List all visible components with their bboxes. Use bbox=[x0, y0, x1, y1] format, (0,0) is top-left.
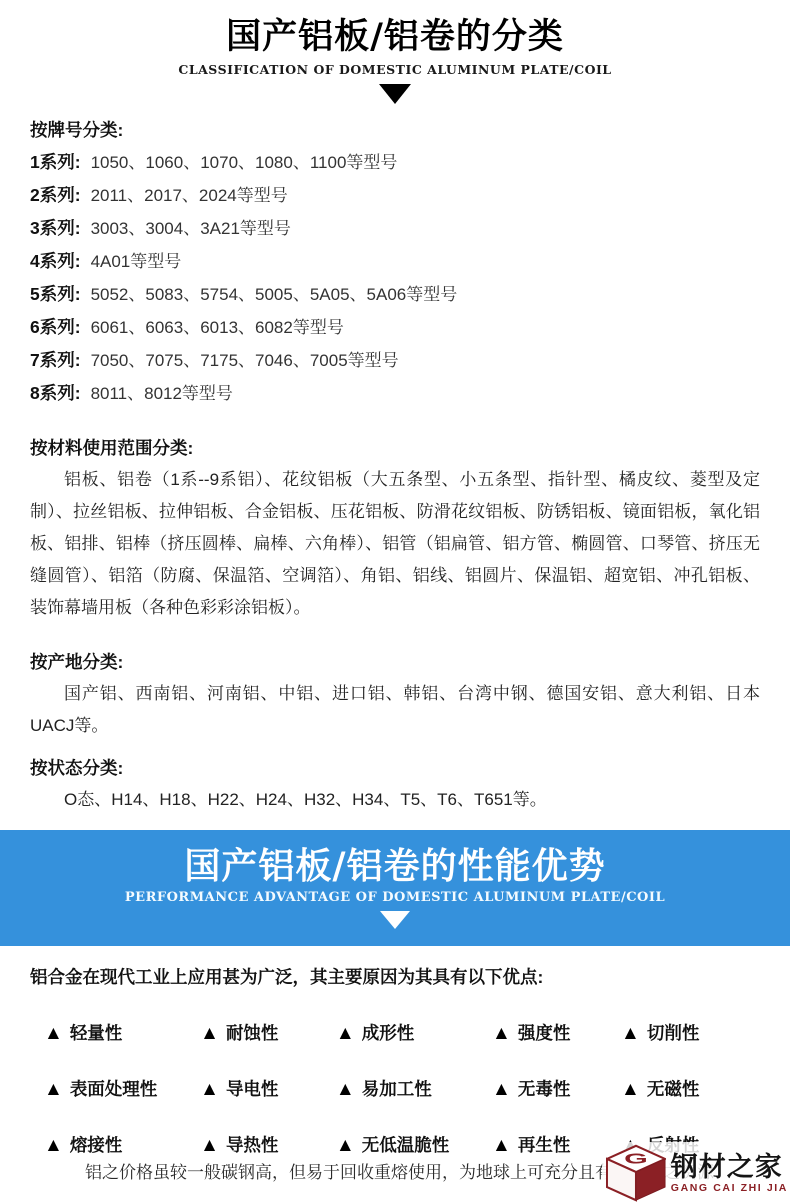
series-value: 8011、8012等型号 bbox=[91, 384, 233, 403]
series-value: 6061、6063、6013、6082等型号 bbox=[91, 318, 344, 337]
series-label: 2系列: bbox=[30, 185, 81, 205]
advantage-item: ▲无磁性 bbox=[621, 1074, 750, 1105]
advantage-label: 强度性 bbox=[518, 1023, 571, 1043]
triangle-bullet-icon: ▲ bbox=[44, 1079, 63, 1100]
triangle-down-icon bbox=[379, 84, 411, 104]
by-origin-paragraph: 国产铝、西南铝、河南铝、中铝、进口铝、韩铝、台湾中钢、德国安铝、意大利铝、日本U… bbox=[30, 678, 760, 742]
series-row-6: 6系列:6061、6063、6013、6082等型号 bbox=[30, 311, 760, 344]
series-row-2: 2系列:2011、2017、2024等型号 bbox=[30, 179, 760, 212]
advantage-label: 表面处理性 bbox=[70, 1079, 158, 1099]
svg-text:G: G bbox=[624, 1150, 648, 1167]
series-value: 5052、5083、5754、5005、5A05、5A06等型号 bbox=[91, 285, 458, 304]
brand-name-cn: 钢材之家 bbox=[671, 1152, 788, 1182]
advantage-item: ▲表面处理性 bbox=[44, 1074, 200, 1105]
series-value: 1050、1060、1070、1080、1100等型号 bbox=[91, 153, 398, 172]
brand-name-en: GANG CAI ZHI JIA bbox=[671, 1182, 788, 1195]
by-material-paragraph: 铝板、铝卷（1系--9系铝）、花纹铝板（大五条型、小五条型、指针型、橘皮纹、菱型… bbox=[30, 464, 760, 624]
triangle-bullet-icon: ▲ bbox=[336, 1079, 355, 1100]
banner-title: 国产铝板/铝卷的性能优势 bbox=[0, 843, 790, 889]
series-label: 7系列: bbox=[30, 350, 81, 370]
advantage-item: ▲成形性 bbox=[336, 1018, 492, 1049]
series-row-5: 5系列:5052、5083、5754、5005、5A05、5A06等型号 bbox=[30, 278, 760, 311]
series-value: 7050、7075、7175、7046、7005等型号 bbox=[91, 351, 399, 370]
series-label: 1系列: bbox=[30, 152, 81, 172]
advantage-item: ▲导电性 bbox=[200, 1074, 336, 1105]
advantage-item: ▲强度性 bbox=[492, 1018, 621, 1049]
advantage-label: 导电性 bbox=[226, 1079, 279, 1099]
series-row-8: 8系列:8011、8012等型号 bbox=[30, 377, 760, 410]
page-subtitle-en: CLASSIFICATION OF DOMESTIC ALUMINUM PLAT… bbox=[0, 62, 790, 77]
triangle-bullet-icon: ▲ bbox=[200, 1079, 219, 1100]
by-temper-heading: 按状态分类: bbox=[30, 752, 760, 784]
series-label: 8系列: bbox=[30, 383, 81, 403]
by-origin-heading: 按产地分类: bbox=[30, 646, 760, 678]
advantages-grid: ▲轻量性 ▲耐蚀性 ▲成形性 ▲强度性 ▲切削性 ▲表面处理性 ▲导电性 ▲易加… bbox=[44, 1018, 750, 1161]
triangle-bullet-icon: ▲ bbox=[44, 1023, 63, 1044]
footer: 铝之价格虽较一般碳钢高，但易于回收重熔使用，为地球上可充分且有效利用之资源 G … bbox=[0, 1142, 790, 1204]
advantage-label: 易加工性 bbox=[362, 1079, 432, 1099]
advantage-label: 切削性 bbox=[647, 1023, 700, 1043]
cube-logo-icon: G bbox=[606, 1144, 666, 1202]
advantage-item: ▲轻量性 bbox=[44, 1018, 200, 1049]
series-value: 2011、2017、2024等型号 bbox=[91, 186, 288, 205]
triangle-bullet-icon: ▲ bbox=[336, 1023, 355, 1044]
series-label: 5系列: bbox=[30, 284, 81, 304]
series-label: 3系列: bbox=[30, 218, 81, 238]
triangle-bullet-icon: ▲ bbox=[621, 1079, 640, 1100]
series-value: 4A01等型号 bbox=[91, 252, 182, 271]
series-row-1: 1系列:1050、1060、1070、1080、1100等型号 bbox=[30, 146, 760, 179]
advantage-item: ▲易加工性 bbox=[336, 1074, 492, 1105]
by-temper-paragraph: O态、H14、H18、H22、H24、H32、H34、T5、T6、T651等。 bbox=[30, 784, 760, 816]
advantages-intro: 铝合金在现代工业上应用甚为广泛，其主要原因为其具有以下优点: bbox=[0, 962, 790, 992]
series-row-3: 3系列:3003、3004、3A21等型号 bbox=[30, 212, 760, 245]
page-title: 国产铝板/铝卷的分类 bbox=[0, 14, 790, 60]
triangle-bullet-icon: ▲ bbox=[492, 1023, 511, 1044]
advantage-item: ▲切削性 bbox=[621, 1018, 750, 1049]
advantage-label: 无磁性 bbox=[647, 1079, 700, 1099]
advantage-label: 成形性 bbox=[362, 1023, 415, 1043]
triangle-bullet-icon: ▲ bbox=[492, 1079, 511, 1100]
triangle-bullet-icon: ▲ bbox=[200, 1023, 219, 1044]
by-material-heading: 按材料使用范围分类: bbox=[30, 432, 760, 464]
page-header: 国产铝板/铝卷的分类 CLASSIFICATION OF DOMESTIC AL… bbox=[0, 0, 790, 104]
brand-logo-text: 钢材之家 GANG CAI ZHI JIA bbox=[671, 1152, 788, 1195]
by-grade-heading: 按牌号分类: bbox=[30, 114, 760, 146]
series-label: 4系列: bbox=[30, 251, 81, 271]
series-value: 3003、3004、3A21等型号 bbox=[91, 219, 291, 238]
performance-banner: 国产铝板/铝卷的性能优势 PERFORMANCE ADVANTAGE OF DO… bbox=[0, 830, 790, 946]
banner-subtitle-en: PERFORMANCE ADVANTAGE OF DOMESTIC ALUMIN… bbox=[0, 890, 790, 905]
triangle-down-white-icon bbox=[380, 911, 410, 929]
advantage-item: ▲无毒性 bbox=[492, 1074, 621, 1105]
classification-content: 按牌号分类: 1系列:1050、1060、1070、1080、1100等型号 2… bbox=[0, 114, 790, 816]
triangle-bullet-icon: ▲ bbox=[621, 1023, 640, 1044]
advantage-label: 耐蚀性 bbox=[226, 1023, 279, 1043]
advantage-item: ▲耐蚀性 bbox=[200, 1018, 336, 1049]
brand-logo: G 钢材之家 GANG CAI ZHI JIA bbox=[602, 1142, 790, 1204]
series-row-4: 4系列:4A01等型号 bbox=[30, 245, 760, 278]
series-label: 6系列: bbox=[30, 317, 81, 337]
advantage-label: 无毒性 bbox=[518, 1079, 571, 1099]
series-row-7: 7系列:7050、7075、7175、7046、7005等型号 bbox=[30, 344, 760, 377]
advantage-label: 轻量性 bbox=[70, 1023, 123, 1043]
